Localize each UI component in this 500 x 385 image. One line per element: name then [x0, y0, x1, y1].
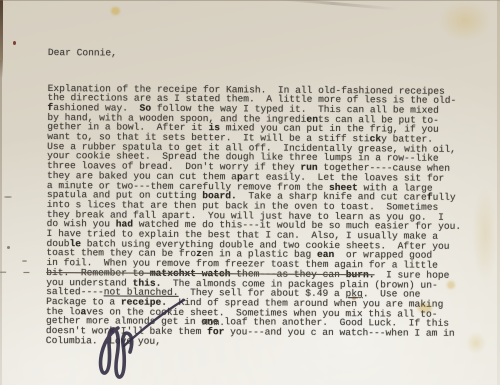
signature-name: Mom. [202, 317, 225, 328]
paper-speck [13, 41, 16, 45]
paper-stain [111, 7, 120, 15]
paper-speck [7, 246, 10, 249]
scanned-letter-page: Dear Connie, Explanation of the receipe … [0, 0, 500, 385]
scan-edge-top [0, 0, 500, 1]
handwritten-signature-icon [88, 294, 188, 384]
scan-edge-left [0, 60, 2, 385]
paper-crease [268, 0, 398, 11]
salutation: Dear Connie, [48, 48, 492, 61]
paper-speck [22, 260, 27, 262]
margin-pencil-dash [4, 196, 12, 198]
